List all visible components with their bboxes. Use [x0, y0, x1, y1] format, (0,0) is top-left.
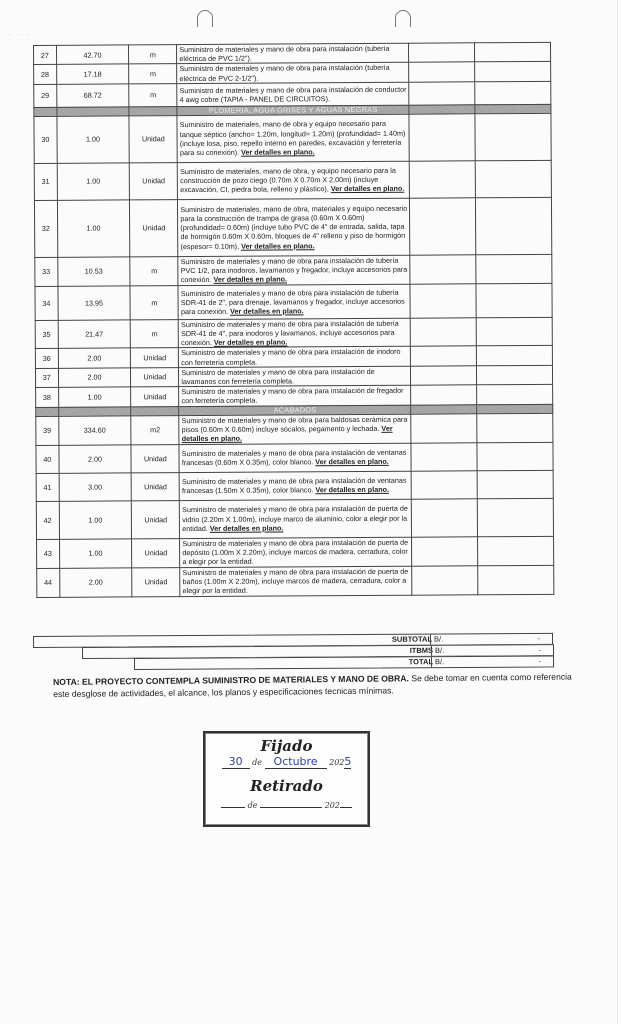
table-row: 421.00UnidadSuministro de materiales y m… [36, 498, 553, 539]
fijado-year-suffix: 5 [344, 755, 351, 768]
item-unit-price [410, 284, 476, 318]
description-plan-reference: Ver detalles en plano. [315, 485, 389, 494]
item-description: Suministro de materiales y mano de obra … [178, 255, 410, 285]
fijado-day: 30 [229, 755, 243, 768]
description-text: Suministro de materiales y mano de obra … [181, 347, 400, 367]
item-unit: Unidad [132, 538, 180, 567]
item-unit: Unidad [132, 500, 180, 538]
item-total [476, 254, 552, 283]
item-number: 44 [37, 568, 60, 597]
item-description: Suministro de materiales y mano de obra … [177, 63, 409, 84]
item-quantity: 17.18 [56, 64, 129, 84]
item-description: Suministro de materiales, mano de obra, … [178, 198, 410, 256]
item-quantity: 21.47 [58, 320, 131, 349]
subtotal-currency: B/. [430, 634, 477, 644]
binder-hole-right [395, 10, 411, 27]
item-quantity: 3.00 [59, 473, 132, 501]
description-text: Suministro de materiales y mano de obra … [182, 538, 408, 567]
item-total [477, 317, 553, 346]
item-unit-price [411, 366, 477, 386]
item-unit-price [412, 536, 478, 565]
item-unit: Unidad [130, 162, 178, 199]
item-unit-price [411, 413, 477, 442]
item-number: 33 [35, 257, 58, 286]
item-total [475, 42, 551, 62]
item-total [477, 413, 553, 442]
total-row: TOTAL B/. - [134, 655, 554, 670]
item-description: Suministro de materiales y mano de obra … [180, 537, 412, 567]
item-number: 37 [35, 368, 58, 388]
item-total [475, 81, 551, 104]
table-row: 3521.47mSuministro de materiales y mano … [35, 317, 552, 349]
item-description: Suministro de materiales y mano de obra … [178, 318, 410, 348]
item-description: Suministro de materiales y mano de obra … [180, 566, 412, 596]
description-plan-reference: Ver detalles en plano. [213, 275, 287, 284]
itbms-value: - [538, 645, 541, 655]
table-row: 413.00UnidadSuministro de materiales y m… [36, 470, 553, 501]
retirado-year-prefix: 202 [325, 801, 340, 810]
fijado-label: Fijado [205, 737, 368, 755]
item-number: 38 [36, 388, 59, 408]
item-quantity: 2.00 [59, 568, 132, 597]
table-row: 321.00UnidadSuministro de materiales, ma… [34, 197, 551, 257]
item-number: 42 [36, 501, 59, 539]
item-unit: Unidad [132, 567, 180, 596]
item-unit-price [411, 470, 477, 498]
item-unit: m [130, 285, 178, 319]
table-row: 311.00UnidadSuministro de materiales, ma… [34, 160, 551, 200]
description-plan-reference: Ver detalles en plano. [230, 306, 304, 315]
item-description: Suministro de materiales y mano de obra … [177, 82, 409, 106]
table-row: 431.00UnidadSuministro de materiales y m… [37, 536, 554, 568]
project-note: NOTA: EL PROYECTO CONTEMPLA SUMINISTRO D… [53, 671, 573, 700]
item-total [477, 365, 553, 385]
subtotal-label: SUBTOTAL [392, 635, 432, 645]
item-unit: m2 [131, 415, 179, 444]
table-row: 442.00UnidadSuministro de materiales y m… [37, 565, 554, 597]
item-quantity: 13.95 [58, 286, 131, 320]
description-plan-reference: Ver detalles en plano. [315, 457, 389, 466]
item-unit: Unidad [129, 115, 177, 162]
item-description: Suministro de materiales, mano de obra, … [178, 161, 410, 199]
description-text: Suministro de materiales y mano de obra … [179, 63, 389, 82]
item-number: 28 [34, 65, 57, 85]
item-description: Suministro de materiales y mano de obra … [179, 347, 411, 368]
item-description: Suministro de materiales y mano de obra … [177, 43, 409, 64]
item-number: 41 [36, 473, 59, 501]
item-quantity: 1.00 [59, 539, 132, 568]
item-quantity: 42.70 [56, 45, 129, 65]
item-total [477, 385, 553, 405]
item-number: 29 [34, 84, 57, 107]
description-text: Suministro de materiales y mano de obra … [179, 44, 389, 63]
item-unit: m [129, 83, 177, 106]
item-number: 43 [37, 539, 60, 568]
item-unit-price [411, 346, 477, 366]
item-total [478, 536, 554, 565]
item-description: Suministro de materiales y mano de obra … [179, 366, 411, 387]
item-unit: Unidad [131, 387, 179, 407]
item-unit-price [409, 43, 475, 63]
item-unit-price [409, 62, 475, 82]
item-unit-price [411, 318, 477, 347]
item-number: 36 [35, 349, 58, 369]
description-plan-reference: Ver detalles en plano. [331, 184, 405, 193]
description-plan-reference: Ver detalles en plano. [241, 241, 315, 250]
item-quantity: 1.00 [57, 200, 130, 257]
total-label: TOTAL [409, 657, 433, 667]
fijado-date: 30 de Octubre 2025 [205, 755, 368, 771]
description-text: Suministro de materiales y mano de obra … [180, 84, 407, 104]
item-number: 34 [35, 286, 58, 320]
item-quantity: 68.72 [56, 84, 129, 107]
item-number: 27 [34, 45, 57, 65]
description-text: Suministro de materiales y mano de obra … [182, 415, 408, 435]
table-row: 3310.53mSuministro de materiales y mano … [35, 254, 552, 286]
description-text: Suministro de materiales y mano de obra … [182, 567, 408, 596]
budget-table: 2742.70mSuministro de materiales y mano … [33, 42, 554, 598]
item-unit: m [130, 319, 178, 348]
item-total [478, 470, 554, 498]
item-unit-price [410, 255, 476, 284]
description-plan-reference: Ver detalles en plano. [210, 523, 284, 532]
item-quantity: 1.00 [57, 163, 130, 200]
description-text: Suministro de materiales y mano de obra … [181, 367, 374, 386]
item-total [476, 160, 552, 197]
posting-stamp: Fijado 30 de Octubre 2025 Retirado de 20… [203, 731, 370, 827]
item-description: Suministro de materiales y mano de obra … [179, 471, 411, 500]
item-quantity: 1.00 [58, 387, 131, 407]
total-value: - [538, 657, 541, 667]
item-unit-price [410, 161, 476, 198]
item-unit: m [129, 45, 177, 65]
item-quantity: 1.00 [59, 501, 132, 539]
item-total [475, 62, 551, 82]
item-unit-price [412, 565, 478, 594]
item-unit: m [130, 256, 178, 285]
table-row: 39334.60m2Suministro de materiales y man… [36, 413, 553, 445]
item-number: 40 [36, 445, 59, 473]
subtotal-value: - [537, 634, 540, 644]
item-unit-price [409, 114, 475, 161]
item-unit: Unidad [131, 444, 179, 472]
item-unit: Unidad [130, 199, 178, 256]
item-total [476, 197, 552, 254]
item-total [476, 283, 552, 317]
item-quantity: 2.00 [58, 445, 131, 473]
itbms-label: ITBMS [410, 646, 433, 656]
description-text: Suministro de materiales y mano de obra … [181, 386, 403, 406]
item-unit-price [410, 198, 476, 255]
item-unit: Unidad [131, 472, 179, 500]
item-unit-price [411, 442, 477, 470]
binder-hole-left [197, 10, 213, 27]
item-quantity: 2.00 [58, 348, 131, 368]
item-description: Suministro de materiales y mano de obra … [179, 443, 411, 472]
table-row: 2968.72mSuministro de materiales y mano … [34, 81, 551, 107]
description-plan-reference: Ver detalles en plano. [241, 147, 315, 156]
item-quantity: 10.53 [57, 257, 130, 286]
item-description: Suministro de materiales, mano de obra y… [177, 114, 409, 162]
retirado-date: de 202 [205, 801, 368, 817]
fijado-month: Octubre [274, 755, 318, 768]
item-unit: m [129, 64, 177, 84]
fijado-year-prefix: 202 [329, 758, 344, 767]
item-unit: Unidad [131, 367, 179, 387]
item-description: Suministro de materiales y mano de obra … [179, 414, 411, 444]
item-total [478, 565, 554, 594]
item-number: 31 [34, 163, 57, 200]
item-number: 39 [36, 416, 59, 445]
total-currency: B/. [431, 657, 478, 667]
fijado-de: de [252, 758, 262, 767]
item-unit-price [412, 498, 478, 536]
description-plan-reference: Ver detalles en plano. [214, 338, 288, 347]
item-quantity: 1.00 [56, 116, 129, 163]
item-unit-price [409, 82, 475, 105]
item-quantity: 334.60 [58, 416, 131, 445]
page-edge [617, 0, 618, 1024]
item-total [475, 113, 551, 160]
item-description: Suministro de materiales y mano de obra … [180, 499, 412, 538]
itbms-currency: B/. [431, 646, 478, 656]
item-number: 30 [34, 116, 57, 163]
table-row: 301.00UnidadSuministro de materiales, ma… [34, 113, 551, 163]
table-row: 402.00UnidadSuministro de materiales y m… [36, 442, 553, 473]
item-number: 35 [35, 320, 58, 349]
item-total [477, 442, 553, 470]
retirado-label: Retirado [205, 777, 368, 795]
item-total [477, 346, 553, 366]
retirado-de: de [248, 801, 258, 810]
item-description: Suministro de materiales y mano de obra … [178, 284, 410, 319]
table-row: 3413.95mSuministro de materiales y mano … [35, 283, 552, 320]
item-total [478, 498, 554, 536]
item-unit: Unidad [131, 348, 179, 368]
item-description: Suministro de materiales y mano de obra … [179, 385, 411, 406]
scan-marks: · · · [8, 32, 32, 38]
item-quantity: 2.00 [58, 368, 131, 388]
item-number: 32 [34, 200, 57, 257]
item-unit-price [411, 385, 477, 405]
